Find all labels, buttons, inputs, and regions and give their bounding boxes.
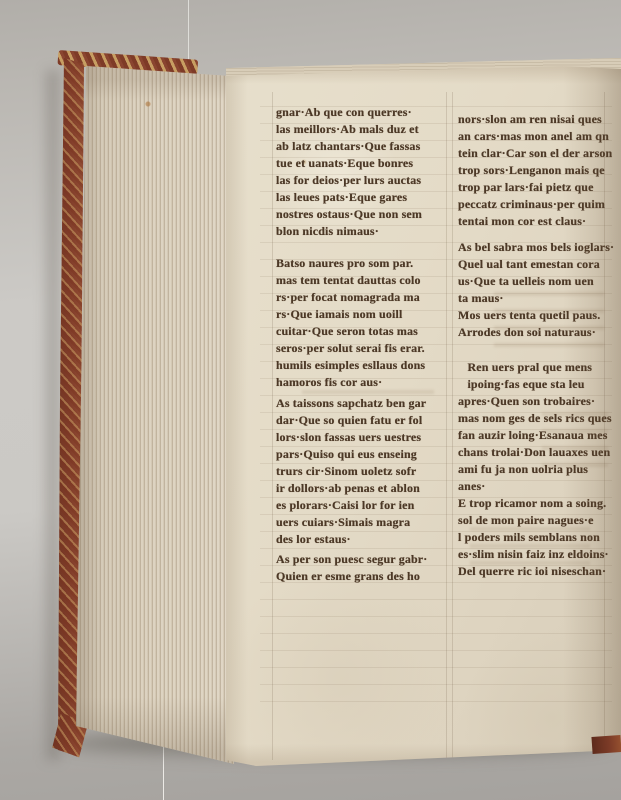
manuscript-line: des lor estaus· (276, 531, 452, 548)
gutter-shadow (563, 58, 621, 770)
manuscript-line: uers cuiars·Simais magra (276, 514, 452, 531)
ruling-vertical-mid-b (452, 92, 453, 760)
manuscript-line: blon nicdis nimaus· (276, 223, 452, 240)
manuscript-photo: gnar·Ab que con querres·las meillors·Ab … (0, 0, 621, 800)
manuscript-line: es plorars·Caisi lor for ien (276, 497, 452, 514)
text-block: gnar·Ab que con querres·las meillors·Ab … (276, 104, 452, 240)
manuscript-line: seros·per solut serai fis erar. (276, 340, 452, 357)
manuscript-line: las leues pats·Eque gares (276, 189, 452, 206)
manuscript-line: rs·per focat nomagrada ma (276, 289, 452, 306)
manuscript-line: las for deios·per lurs auctas (276, 172, 452, 189)
book-left-shadow (46, 70, 60, 760)
manuscript-line: cuitar·Que seron totas mas (276, 323, 452, 340)
manuscript-line: nostres ostaus·Que non sem (276, 206, 452, 223)
manuscript-line: dar·Que so quien fatu er fol (276, 412, 452, 429)
manuscript-line: las meillors·Ab mals duz et (276, 121, 452, 138)
binding-corner-bottom-right (591, 735, 621, 754)
manuscript-line: ab latz chantars·Que fassas (276, 138, 452, 155)
manuscript-line: tue et uanats·Eque bonres (276, 155, 452, 172)
manuscript-line: rs·Que iamais nom uoill (276, 306, 452, 323)
text-block: As taissons sapchatz ben gardar·Que so q… (276, 395, 452, 548)
manuscript-line: As per son puesc segur gabr· (276, 551, 452, 568)
manuscript-page: gnar·Ab que con querres·las meillors·Ab … (222, 58, 621, 770)
manuscript-line: trurs cir·Sinom uoletz sofr (276, 463, 452, 480)
manuscript-line: Quien er esme grans des ho (276, 568, 452, 585)
text-block: Batso naures pro som par.mas tem tentat … (276, 255, 452, 391)
fore-edge-page-stack (72, 58, 234, 768)
text-block: As per son puesc segur gabr·Quien er esm… (276, 551, 452, 585)
manuscript-line: lors·slon fassas uers uestres (276, 429, 452, 446)
manuscript-line: Batso naures pro som par. (276, 255, 452, 272)
manuscript-line: gnar·Ab que con querres· (276, 104, 452, 121)
manuscript-line: As taissons sapchatz ben gar (276, 395, 452, 412)
ruling-vertical-left (272, 92, 273, 760)
manuscript-line: hamoros fis cor aus· (276, 374, 452, 391)
manuscript-line: ir dollors·ab penas et ablon (276, 480, 452, 497)
manuscript-line: humils esimples esllaus dons (276, 357, 452, 374)
manuscript-line: pars·Quiso qui eus enseing (276, 446, 452, 463)
text-column-left: gnar·Ab que con querres·las meillors·Ab … (276, 104, 452, 585)
manuscript-line: mas tem tentat dauttas colo (276, 272, 452, 289)
